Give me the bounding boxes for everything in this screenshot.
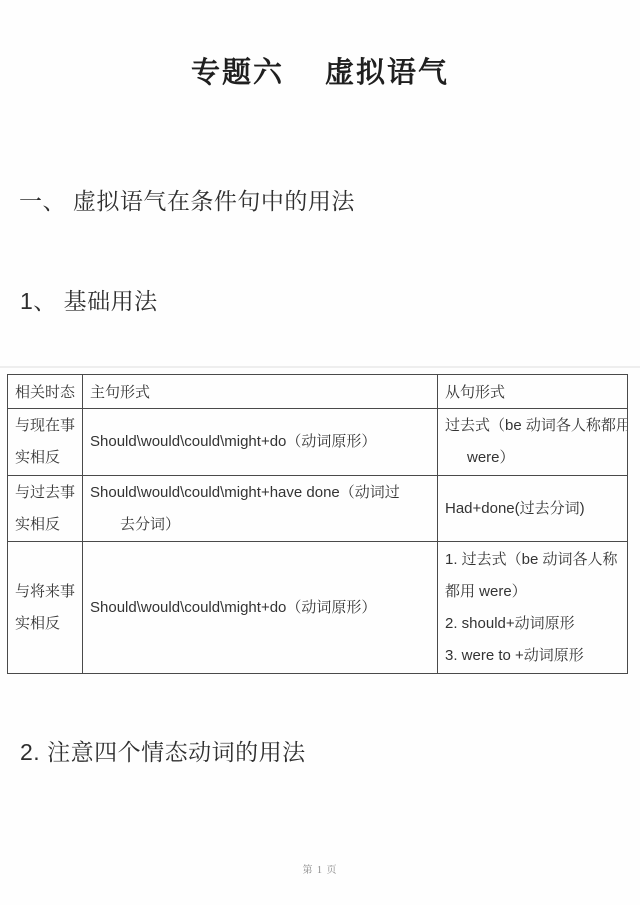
table-row: 与现在事 实相反 Should\would\could\might+do（动词原… [8,409,628,476]
sub-clause-cell: 过去式（be 动词各人称都用 were） [438,409,628,476]
subsection-heading-basic-usage: 1、 基础用法 [20,283,158,316]
cell-line: 与现在事 [15,410,78,442]
cell-line: 去分词） [90,509,433,541]
page-title: 专题六 虚拟语气 [0,50,640,91]
main-clause-cell: Should\would\could\might+do（动词原形） [83,542,438,674]
cell-line: 都用 were） [445,576,623,608]
tense-cell: 与将来事 实相反 [8,542,83,674]
sub-clause-cell: Had+done(过去分词) [438,476,628,542]
header-cell-sub-clause: 从句形式 [438,375,628,409]
cell-line: 2. should+动词原形 [445,608,623,640]
cell-line: Should\would\could\might+do（动词原形） [90,592,433,624]
section-heading: 一、 虚拟语气在条件句中的用法 [19,183,355,216]
main-clause-cell: Should\would\could\might+have done（动词过 去… [83,476,438,542]
cell-line: 3. were to +动词原形 [445,640,623,672]
cell-line: Should\would\could\might+do（动词原形） [90,426,433,458]
main-clause-cell: Should\would\could\might+do（动词原形） [83,409,438,476]
table-row: 与过去事 实相反 Should\would\could\might+have d… [8,476,628,542]
table-row: 与将来事 实相反 Should\would\could\might+do（动词原… [8,542,628,674]
header-cell-main-clause: 主句形式 [83,375,438,409]
cell-line: 1. 过去式（be 动词各人称 [445,544,623,576]
sub-clause-cell: 1. 过去式（be 动词各人称 都用 were） 2. should+动词原形 … [438,542,628,674]
cell-line: 实相反 [15,509,78,541]
page-footer: 第 1 页 [0,861,640,876]
cell-line: 实相反 [15,442,78,474]
scan-artifact-line [0,366,640,368]
cell-line: 过去式（be 动词各人称都用 [445,410,623,442]
subsection-heading-modal-verbs: 2. 注意四个情态动词的用法 [20,734,306,767]
table-header-row: 相关时态 主句形式 从句形式 [8,375,628,409]
document-page: 专题六 虚拟语气 一、 虚拟语气在条件句中的用法 1、 基础用法 相关时态 主句… [0,0,640,905]
cell-line: 实相反 [15,608,78,640]
cell-line: 与将来事 [15,576,78,608]
cell-line: were） [445,442,623,474]
cell-line: Should\would\could\might+have done（动词过 [90,477,433,509]
tense-cell: 与过去事 实相反 [8,476,83,542]
header-cell-tense: 相关时态 [8,375,83,409]
cell-line: 与过去事 [15,477,78,509]
tense-cell: 与现在事 实相反 [8,409,83,476]
grammar-table: 相关时态 主句形式 从句形式 与现在事 实相反 Should\would\cou… [7,374,628,674]
cell-line: Had+done(过去分词) [445,493,623,525]
